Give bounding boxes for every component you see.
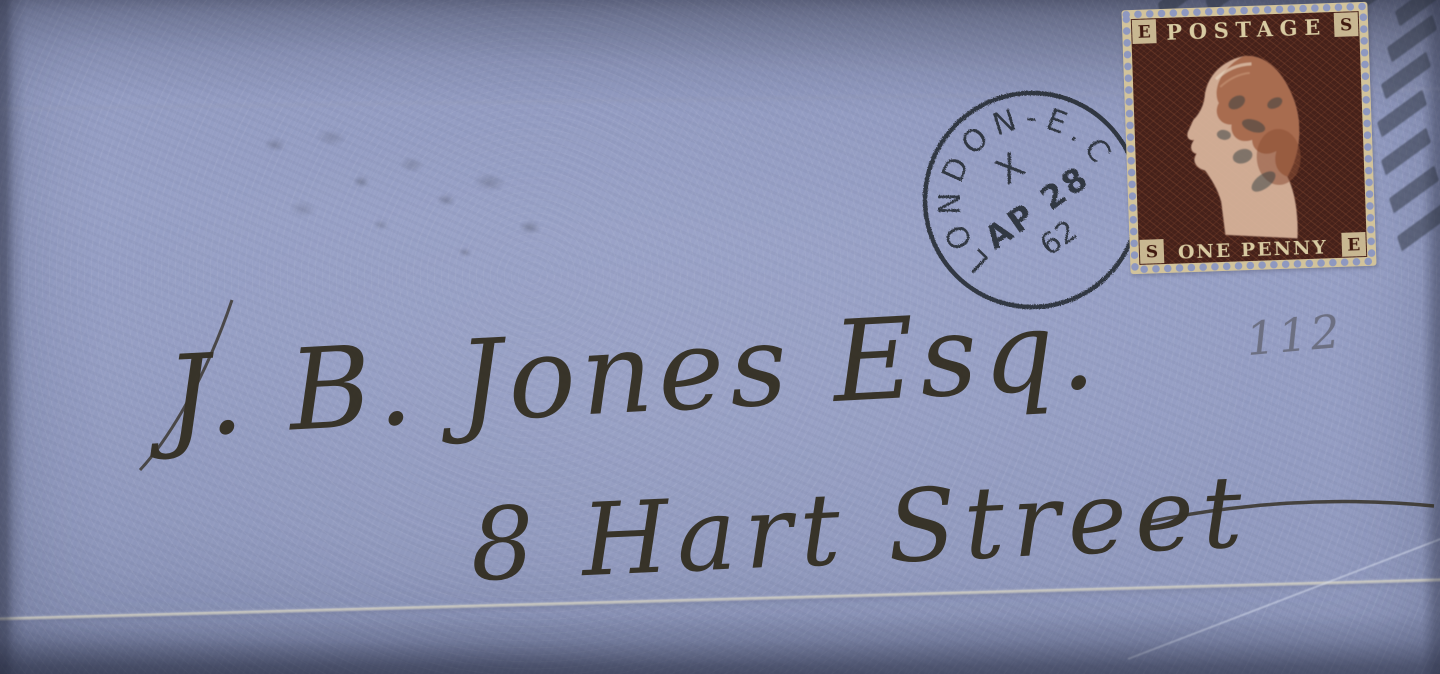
postmark-index-mark: X: [989, 145, 1033, 193]
envelope-cover: J. B. Jones Esq. 8 Hart Street 112 LONDO…: [0, 0, 1440, 674]
pencil-notation: 112: [1244, 304, 1345, 366]
cds-postmark: LONDON-E.C X AP 28 62: [906, 74, 1158, 326]
corner-letter-top-right: S: [1340, 15, 1353, 35]
address-line2: 8 Hart Street: [468, 453, 1245, 604]
corner-letter-bottom-left: S: [1145, 242, 1158, 262]
corner-letter-bottom-right: E: [1347, 235, 1361, 255]
corner-letter-top-left: E: [1137, 22, 1151, 42]
penny-red-stamp: POSTAGE ONE PENNY E S S E: [1121, 2, 1376, 274]
